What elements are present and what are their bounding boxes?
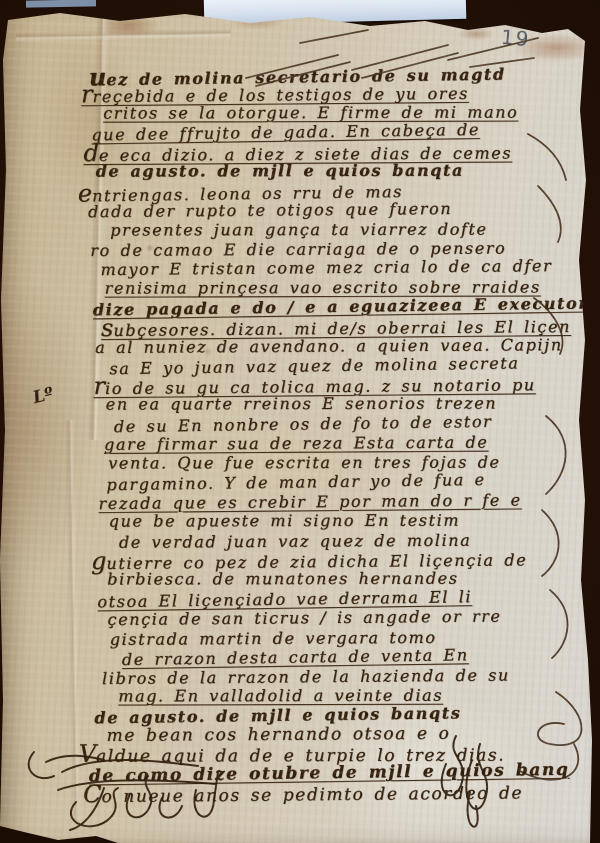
paper-strip-corner <box>26 0 96 8</box>
manuscript-line: uez de molina secretario de su magtd <box>89 61 573 87</box>
manuscript-text: uez de molina secretario de su magtd rre… <box>103 62 579 805</box>
photo-background: 19 Lº uez de molina secretario de su mag… <box>0 0 600 843</box>
manuscript-line: de verdad juan vaz quez de molina <box>119 530 577 552</box>
manuscript-line: ro de camao E die carriaga de o pensero <box>90 238 574 260</box>
manuscript-page: 19 Lº uez de molina secretario de su mag… <box>0 0 600 843</box>
manuscript-line: gare firmar sua de reza Esta carta de <box>104 432 576 454</box>
folio-number: 19 <box>500 25 531 51</box>
page-crease-top <box>16 28 231 42</box>
margin-mark: Lº <box>31 384 56 408</box>
manuscript-line: presentes juan gança ta viarrez dofte <box>110 219 574 240</box>
manuscript-line: que be apueste mi signo En testim <box>109 510 577 531</box>
